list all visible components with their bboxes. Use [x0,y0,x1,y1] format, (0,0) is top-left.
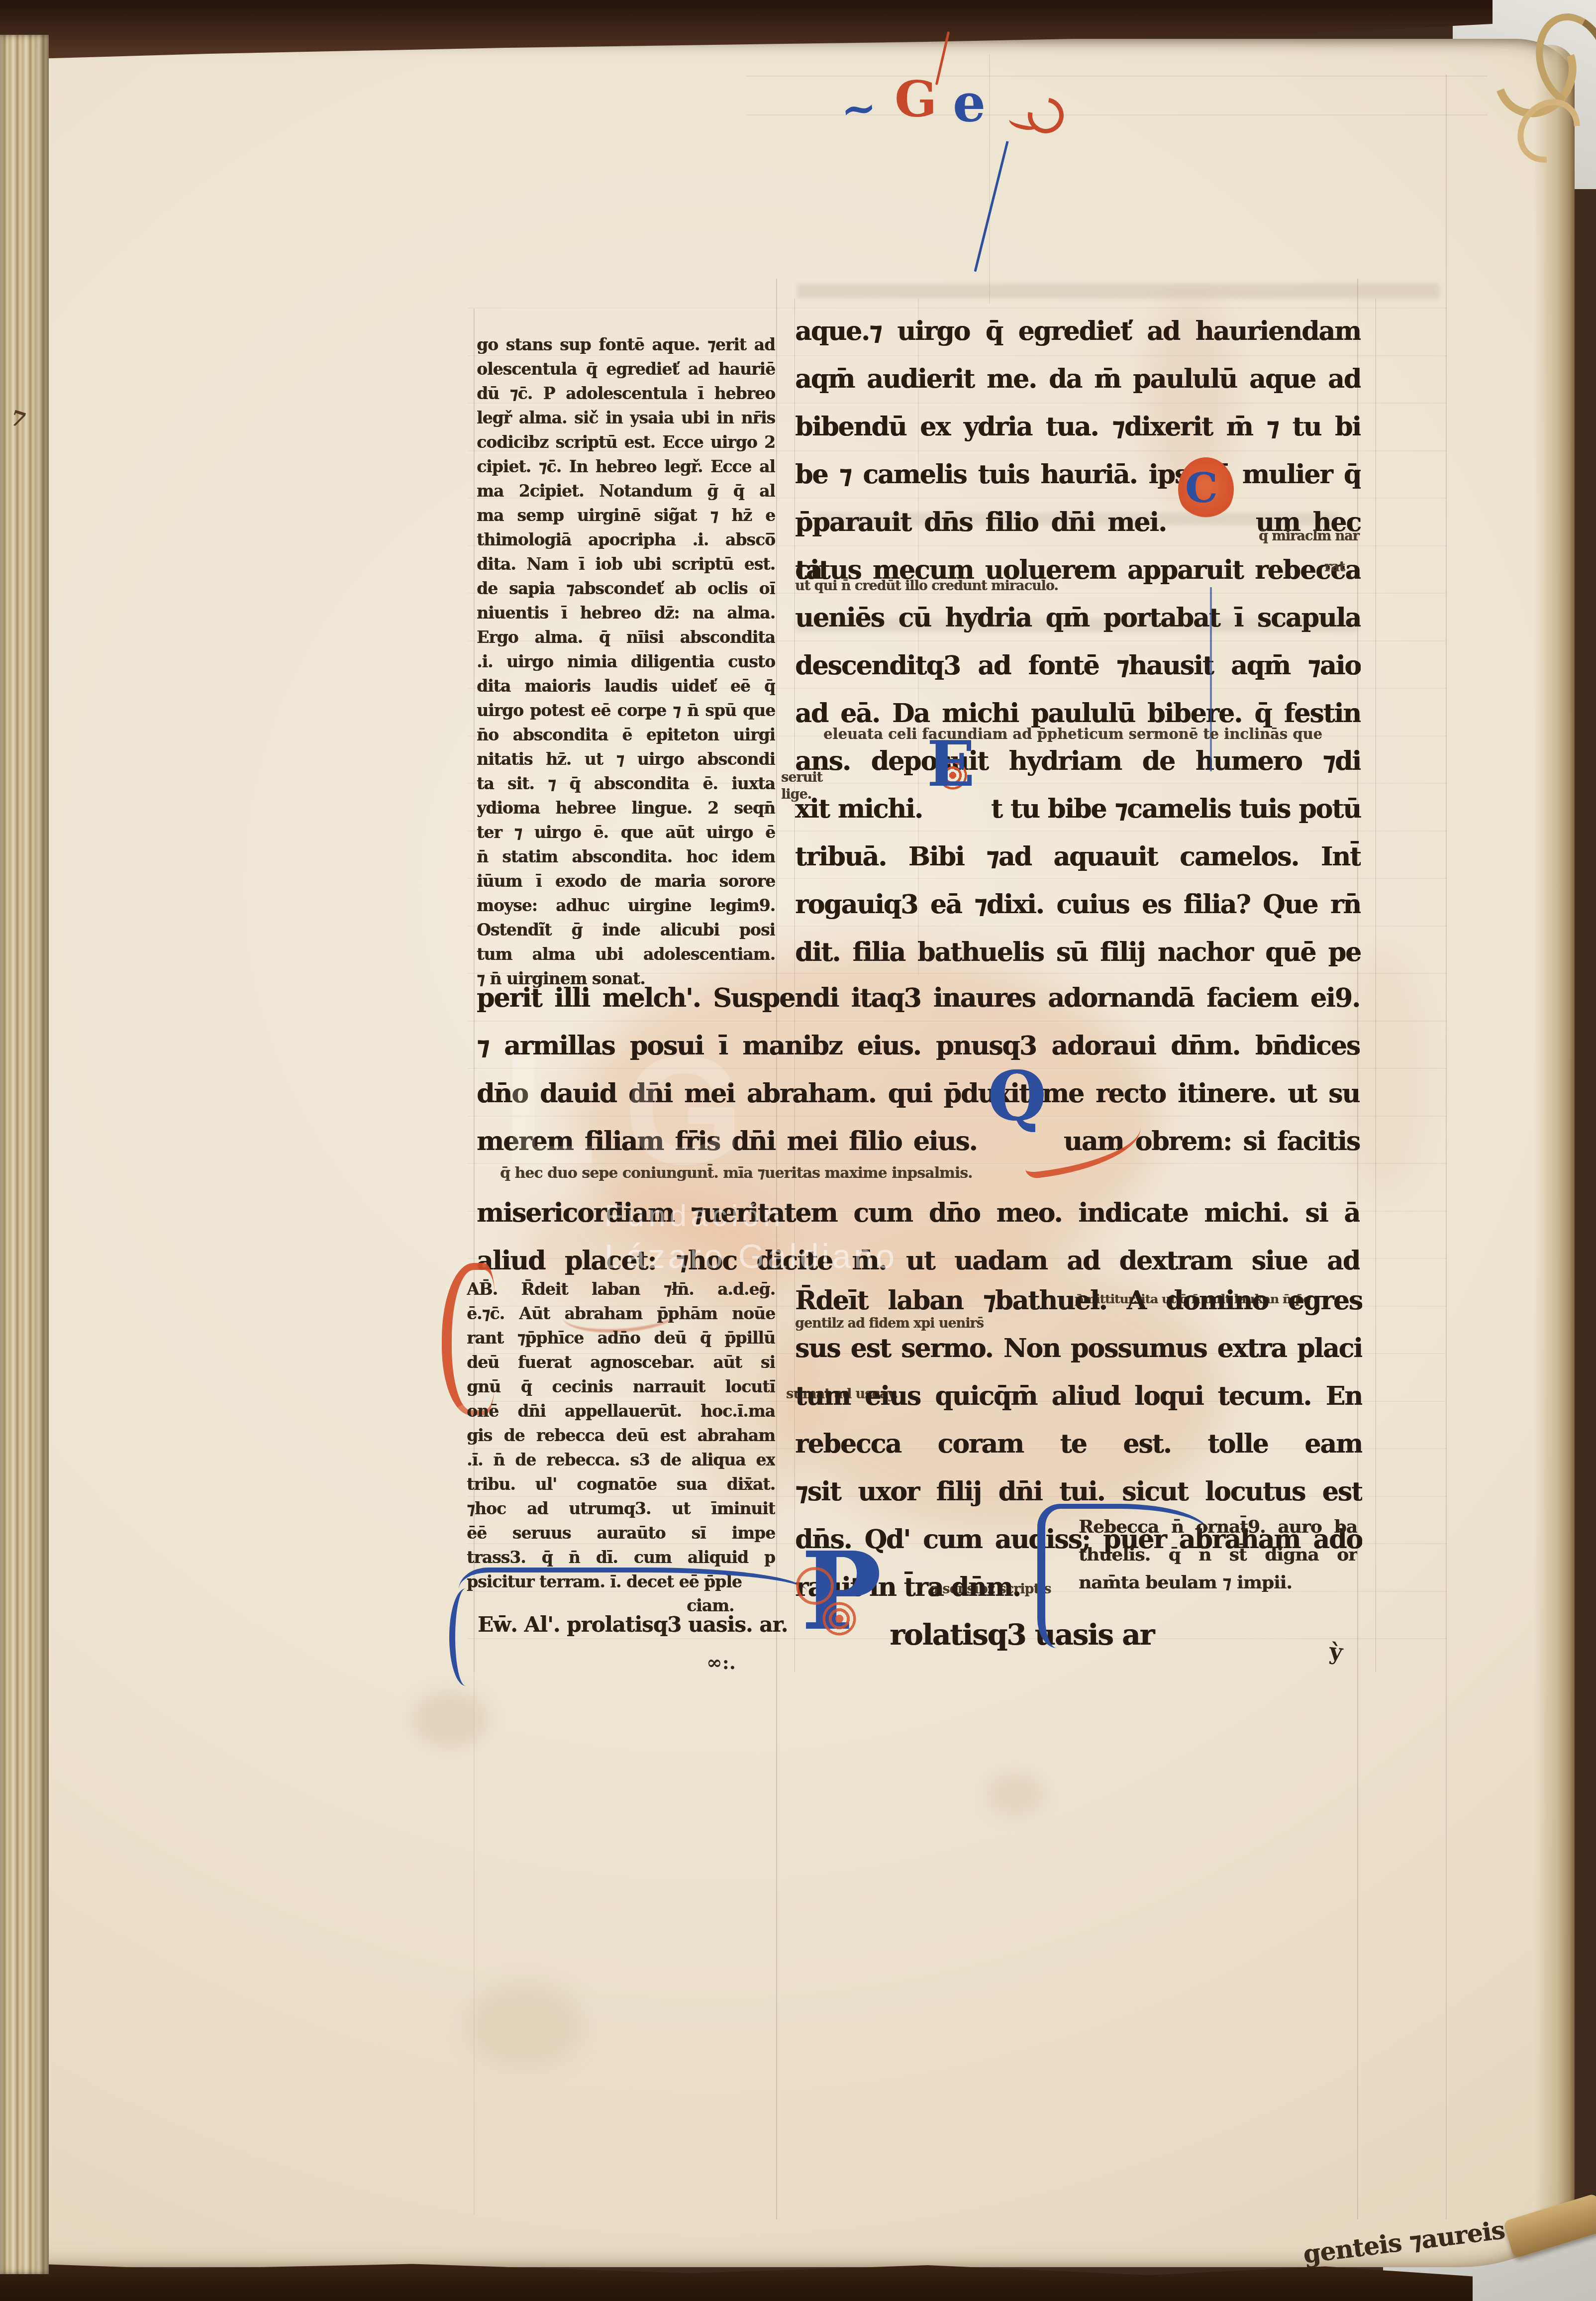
interlinear-gloss: rat [1324,559,1345,575]
gloss-lemma: Ew̄. Al'. prolatisq3 uasis. ar. [478,1612,788,1637]
text-line: aqm̄ audierit me. da m̄ paululū aque ad [795,355,1361,403]
text-line: tribu. ul' cognatōe sua dix̄at. [467,1472,775,1496]
show-through-text-line [797,284,1439,299]
text-line: gis de rebecca deū est abraham [467,1423,775,1448]
text-line: .ı̄. n̄ de rebecca. s3 de aliqua ex [467,1448,775,1472]
text-line: R̄deīt laban ⁊bathuel. A domino egres [795,1277,1362,1325]
text-line: tum alma ubi adolescentiam. [477,942,775,966]
text-line: tribuā. Bibi ⁊ad aquauit camelos. Int̄ [795,833,1361,881]
text-line: de sapia ⁊abscondeť ab oclis oı̄ [477,576,775,601]
page-right-edge-shadow [1535,45,1575,2249]
initial-c-letter: C [1185,464,1216,512]
text-line: .i. uirgo nimia diligentia custo [477,649,775,674]
text-line: dita maioris laudis uideť eē q̄ [477,674,775,698]
marginal-gloss-column-2: AB̄. R̄deit laban ⁊łn̄. a.d.eḡ.ē.⁊c̄. Aū… [467,1277,775,1594]
text-line: deū fuerat agnoscebar. aūt si [467,1350,775,1374]
marginal-gloss-column-1: go stans sup fontē aque. ⁊erit adolescen… [477,332,775,991]
text-line: niuentis ī hebreo dz̄: na alma. [477,601,775,625]
initial-c-disc: C [1178,457,1234,521]
text-line: ē.⁊c̄. Aūt abraham p̄phām noūe [467,1301,775,1326]
text-line: nam̄ta beulam ⁊ impii. [1079,1569,1357,1596]
text-line: rebecca coram te est. tolle eam ⁊p̄ficis… [795,1420,1362,1468]
stain [413,1692,488,1747]
text-line: rogauiq3 eā ⁊dixi. cuius es filia? Que r… [795,881,1361,929]
text-line: legř alma. sič in ysaia ubi in nr̄is [477,406,775,430]
decorated-initial-prolatis: P [806,1644,881,1645]
text-line: nitatis hz̄. ut ⁊ uirgo abscondi [477,747,775,771]
text-line: ma 2cipiet. Notandum ḡ q̄ al [477,479,775,503]
text-line: Ostendĩt ḡ inde alicubi posi [477,918,775,942]
text-segment: t tu bibe ⁊camelis tuis potū [991,794,1361,824]
text-line: ēē seruus auraūto sı̄ impe [467,1521,775,1545]
text-line: ueniēs cū hydria qm̄ portabat ī scapula [795,594,1361,642]
text-line: ydioma hebree lingue. 2 seqn̄ [477,796,775,820]
initial-q-letter: Q [988,1072,1045,1120]
decorated-initial-cum: C [1179,530,1243,531]
text-line: ter ⁊ uirgo ē. que aūt uirgo ē [477,820,775,844]
initial-p-ornament: P [801,1584,876,1713]
text-line: Rebecca n̄ ornat̄9. auro ba [1079,1513,1357,1541]
text-line: dū ⁊c̄. P adolescentula ī hebreo [477,381,775,406]
text-line: iūum ī exodo de maria sorore [477,869,775,893]
decorated-initial-quam: Q [989,1149,1052,1150]
text-line: sus est sermo. Non possumus extra placi [795,1325,1362,1372]
text-line: ⁊hoc ad utrumq3. ut īminuit [467,1496,775,1521]
text-segment: p̄parauit dn̄s filio dn̄i mei. [795,507,1166,537]
text-line: thimologiā apocripha .i. absco̅ [477,527,775,552]
running-title-letter-e: e [953,73,986,134]
text-line: Ergo alma. q̄ nı̄isi abscondita [477,625,775,649]
text-line: rant ⁊p̄phīce adn̄o deū q̄ p̄pillū [467,1326,775,1350]
blue-paren-flourish [449,1588,482,1686]
text-line: be ⁊ camelis tuis hauriā. ipsa ē mulier … [795,451,1361,499]
text-line: ans. deposuit hydriam de humero ⁊di [795,737,1361,785]
text-line: go stans sup fontē aque. ⁊erit ad [477,332,775,357]
text-line: gnū q̄ cecinis narrauit locutı̄ [467,1374,775,1399]
text-line: uirgo potest eē corpe ⁊ n̄ spū que [477,698,775,723]
initial-e-ornament: E [929,746,977,807]
watermark-line2: Lázaro Galdiano [604,1237,898,1276]
text-line: moyse: adhuc uirgine legim9. [477,893,775,918]
text-line: dita. Nam ī iob ubi scriptū est. [477,552,775,576]
initial-e-letter: E [927,740,974,788]
text-line: n̄o abscondita ē epiteton uirgi [477,723,775,747]
interlinear-gloss: seruit lige. [781,769,856,803]
text-line: ma semp uirginē sig̃at ⁊ hz̄ e [477,503,775,527]
initial-q-ornament: Q [988,1079,1047,1149]
text-line: bibendū ex ydria tua. ⁊dixerit m̄ ⁊ tu b… [795,403,1361,451]
main-text-column-1: aque.⁊ uirgo q̄ egredieť ad hauriendam a… [795,308,1361,976]
text-line: descenditq3 ad fontē ⁊hausit aqm̄ ⁊aio [795,642,1361,690]
text-line: codicibz scriptū est. Ecce uirgo 2 [477,430,775,454]
text-line: dit. filia bathuelis sū filij nachor quē… [795,929,1361,976]
watermark-line1: Fundación [604,1198,785,1234]
text-line: thuelis. q̄ n̄ st̄ digna or [1079,1541,1357,1569]
marginal-gloss-column-3: Rebecca n̄ ornat̄9. auro bathuelis. q̄ n… [1079,1513,1357,1596]
book-gutter-page-edges [0,35,49,2274]
text-line: AB̄. R̄deit laban ⁊łn̄. a.d.eḡ. [467,1277,775,1301]
text-line: cipiet. ⁊c̄. In hebreo legř. Ecce al [477,454,775,479]
text-line: aque.⁊ uirgo q̄ egredieť ad hauriendam [795,308,1361,355]
text-line: olescentula q̄ egredieť ad hauriē [477,357,775,381]
text-line: xit michi. E t tu bibe ⁊camelis tuis pot… [795,785,1361,833]
decorated-initial-et: E [931,817,983,818]
tie-mark: ∞:. [706,1651,736,1673]
running-title-letter-G: G [895,70,937,128]
interlinear-gloss: q̄ miraclm nar [1259,528,1359,544]
stain [468,1986,582,2065]
text-line: trass3. q̄ n̄ dī. cum aliquid p [467,1545,775,1569]
interlinear-gloss: eleuata celi facundiam ad p̄pheticum ser… [823,726,1322,742]
initial-p-red-ring [796,1567,834,1605]
text-line: onē dn̄i appellauerūt. hoc.ı̄.ma [467,1399,775,1423]
interlinear-gloss: ut qui n̄ credūt illo credunt miraculo. [795,578,1058,594]
text-line: tum eius quicq̄m̄ aliud loqui tecum. En [795,1372,1362,1420]
text-line: ta sit. ⁊ q̄ abscondita ē. iuxta [477,771,775,796]
watermark-monogram: LG [502,1021,772,1199]
stain [985,1772,1045,1816]
margin-flourish: ỳ [1328,1638,1344,1666]
text-line: n̄ statim abscondita. hoc idem [477,844,775,869]
header-squiggle-icon: ~ [838,82,879,136]
manuscript-photo: ~ G e go stans sup fontē aque. ⁊erit ado… [0,0,1596,2301]
initial-c-filigree-descender [1210,587,1212,771]
text-line: perit illi melch'. Suspendi itaq3 inaure… [477,974,1360,1022]
